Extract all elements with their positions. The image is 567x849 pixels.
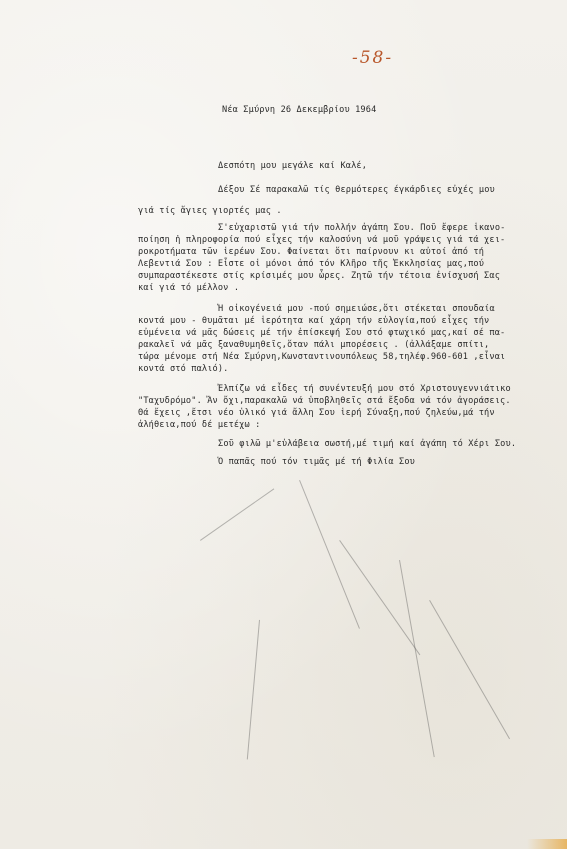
paragraph-2-line-5: συμπαραστέκεστε στίς κρίσιμές μου ὧρες. … <box>138 270 500 282</box>
letter-page: -58- Νέα Σμύρνη 26 Δεκεμβρίου 1964 Δεσπό… <box>0 0 567 849</box>
handwritten-page-number: -58- <box>352 48 393 68</box>
paper-crease <box>247 620 260 760</box>
paragraph-3-line-5: τώρα μένομε στή Νέα Σμύρνη,Κωνσταντινουπ… <box>138 351 505 363</box>
signature-line: Ὁ παπᾶς πού τόν τιμᾶς μέ τή Φιλία Σου <box>218 456 415 468</box>
paper-crease <box>299 480 360 629</box>
paragraph-4-line-4: ἀλήθεια,πού δέ μετέχω : <box>138 419 260 431</box>
paragraph-1-line-1: Δέξου Σέ παρακαλῶ τίς θερμότερες έγκάρδι… <box>218 184 495 196</box>
salutation: Δεσπότη μου μεγάλε καί Καλέ, <box>218 160 367 172</box>
paragraph-2-line-3: ροκροτήματα τῶν ἱερέων Σου. Φαίνεται ὅτι… <box>138 246 484 258</box>
paragraph-4-line-2: "Ταχυδρόμο". Ἄν ὄχι,παρακαλῶ νά ὑποβληθε… <box>138 395 511 407</box>
paper-crease <box>200 488 274 540</box>
paragraph-3-line-4: ρακαλεῖ νά μᾶς ξαναθυμηθεῖς,ὅταν πάλι μπ… <box>138 339 489 351</box>
paper-edge-stain <box>527 839 567 849</box>
paragraph-1-line-2: γιά τίς ἅγιες γιορτές μας . <box>138 205 282 217</box>
paper-crease <box>399 560 435 757</box>
paragraph-2-line-4: Λεβεντιά Σου : Εἶστε οἱ μόνοι ἀπό τόν Κλ… <box>138 258 484 270</box>
paragraph-4-line-1: Ἐλπίζω νά εἶδες τή συνέντευξή μου στό Χρ… <box>218 383 511 395</box>
paragraph-2-line-6: καί γιά τό μέλλον . <box>138 282 239 294</box>
date-line: Νέα Σμύρνη 26 Δεκεμβρίου 1964 <box>222 104 376 116</box>
paragraph-2-line-1: Σ'εὐχαριστῶ γιά τήν πολλήν ἀγάπη Σου. Πο… <box>218 222 506 234</box>
paragraph-2-line-2: ποίηση ἡ πληροφορία πού εἶχες τήν καλοσύ… <box>138 234 505 246</box>
paper-crease <box>339 540 420 655</box>
paper-crease <box>429 600 510 739</box>
paragraph-4-line-3: Θά ἔχεις ,ἔτσι νέο ὑλικό γιά ἄλλη Σου ἱε… <box>138 407 495 419</box>
paragraph-3-line-3: εὐμένεια νά μᾶς δώσεις μέ τήν ἐπίσκεψή Σ… <box>138 327 505 339</box>
paragraph-3-line-2: κοντά μου - θυμᾶται μέ ἱερότητα καί χάρη… <box>138 315 489 327</box>
paragraph-3-line-1: Ἡ οἰκογένειά μου -πού σημειώσε,ὅτι στέκε… <box>218 303 495 315</box>
paragraph-3-line-6: κοντά στό παλιό). <box>138 363 229 375</box>
closing-line: Σοῦ φιλῶ μ'εὐλάβεια σωστή,μέ τιμή καί ἀγ… <box>218 438 516 450</box>
